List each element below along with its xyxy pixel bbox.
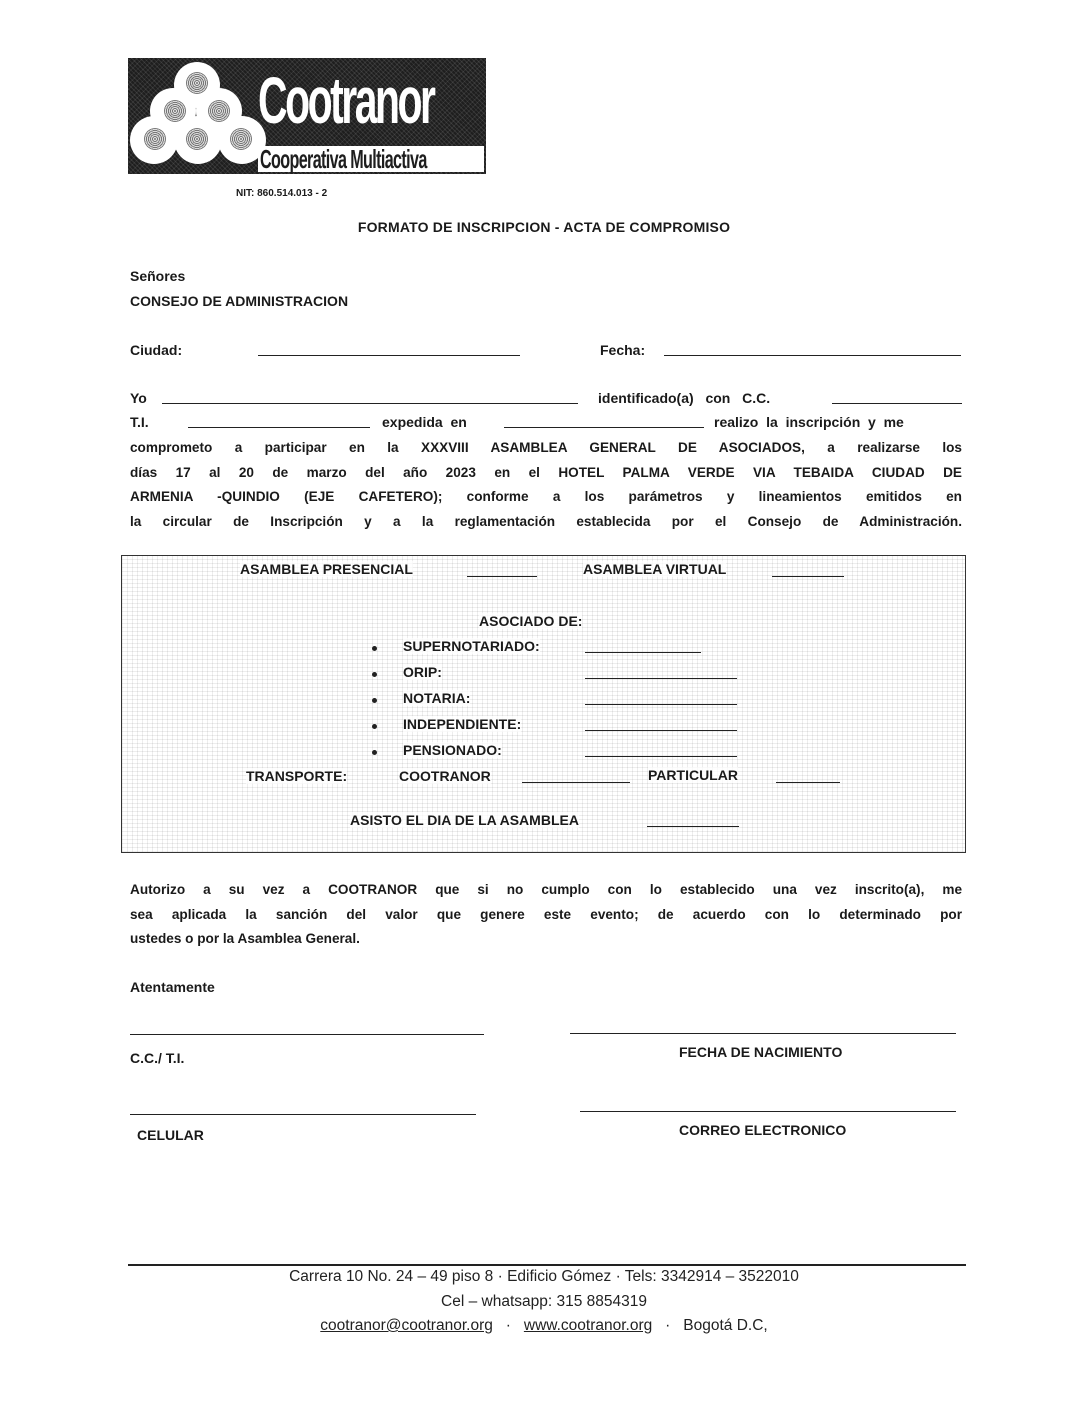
orip-field[interactable] xyxy=(585,678,737,679)
pensionado-field[interactable] xyxy=(585,756,737,757)
date-label: Fecha: xyxy=(600,342,645,358)
id-label: identificado(a) con C.C. xyxy=(598,390,770,406)
body-line: días 17 al 20 de marzo del año 2023 en e… xyxy=(130,461,962,486)
attend-field[interactable] xyxy=(647,826,739,827)
bullet-icon xyxy=(372,750,377,755)
separator: · xyxy=(497,1317,519,1334)
city-label: Ciudad: xyxy=(130,342,182,358)
footer-city: Bogotá D.C, xyxy=(683,1317,767,1334)
presencial-field[interactable] xyxy=(467,576,537,577)
email-label: CORREO ELECTRONICO xyxy=(679,1122,846,1138)
greeting: Señores xyxy=(130,268,185,284)
page-title: FORMATO DE INSCRIPCION - ACTA DE COMPROM… xyxy=(0,219,1088,235)
id-signature-label: C.C./ T.I. xyxy=(130,1050,184,1066)
virtual-label: ASAMBLEA VIRTUAL xyxy=(583,561,726,577)
attend-label: ASISTO EL DIA DE LA ASAMBLEA xyxy=(350,812,579,828)
asociado-option-label: INDEPENDIENTE: xyxy=(403,716,521,732)
asociado-option-label: SUPERNOTARIADO: xyxy=(403,638,540,654)
supernotariado-field[interactable] xyxy=(585,652,701,653)
issued-field[interactable] xyxy=(504,427,704,428)
authorization-line: Autorizo a su vez a COOTRANOR que si no … xyxy=(130,878,962,903)
recipient: CONSEJO DE ADMINISTRACION xyxy=(130,293,348,309)
transport-cootranor-field[interactable] xyxy=(522,782,630,783)
date-field[interactable] xyxy=(664,355,961,356)
transport-label: TRANSPORTE: xyxy=(246,768,347,784)
bullet-icon xyxy=(372,646,377,651)
options-box: ASAMBLEA PRESENCIAL ASAMBLEA VIRTUAL ASO… xyxy=(121,555,966,853)
footer-divider xyxy=(128,1264,966,1266)
authorization-paragraph: Autorizo a su vez a COOTRANOR que si no … xyxy=(130,878,962,952)
body-line: comprometo a participar en la XXXVIII AS… xyxy=(130,436,962,461)
transport-particular-label: PARTICULAR xyxy=(648,767,738,783)
bullet-icon xyxy=(372,672,377,677)
footer-contacts: cootranor@cootranor.org · www.cootranor.… xyxy=(0,1317,1088,1335)
phone-label: CELULAR xyxy=(137,1127,204,1143)
commitment-paragraph: comprometo a participar en la XXXVIII AS… xyxy=(130,436,962,534)
closing: Atentamente xyxy=(130,979,215,995)
footer-address: Carrera 10 No. 24 – 49 piso 8 · Edificio… xyxy=(0,1268,1088,1286)
birth-date-label: FECHA DE NACIMIENTO xyxy=(679,1044,842,1060)
brand-name: Cootranor xyxy=(258,60,433,140)
transport-particular-field[interactable] xyxy=(776,782,840,783)
birth-date-field[interactable] xyxy=(570,1033,956,1034)
asociado-option-label: ORIP: xyxy=(403,664,442,680)
body-line: la circular de Inscripción y a la reglam… xyxy=(130,510,962,535)
brand-tagline: Cooperativa Multiactiva xyxy=(260,145,427,173)
phone-field[interactable] xyxy=(130,1114,476,1115)
bullet-icon xyxy=(372,698,377,703)
email-field[interactable] xyxy=(580,1111,956,1112)
notaria-field[interactable] xyxy=(585,704,737,705)
issued-label: expedida en xyxy=(382,414,467,430)
bullet-icon xyxy=(372,724,377,729)
virtual-field[interactable] xyxy=(772,576,844,577)
footer-email-link[interactable]: cootranor@cootranor.org xyxy=(320,1317,493,1334)
transport-cootranor-label: COOTRANOR xyxy=(399,768,491,784)
ti-field[interactable] xyxy=(188,427,370,428)
brand-tagline-band: Cooperativa Multiactiva xyxy=(258,146,484,172)
authorization-line: ustedes o por la Asamblea General. xyxy=(130,927,962,952)
asociado-option-label: PENSIONADO: xyxy=(403,742,502,758)
asociado-heading: ASOCIADO DE: xyxy=(479,613,582,629)
separator: · xyxy=(657,1317,679,1334)
cc-field[interactable] xyxy=(832,403,962,404)
nit-number: NIT: 860.514.013 - 2 xyxy=(236,188,327,199)
id-signature-field[interactable] xyxy=(130,1034,484,1035)
line2-tail: realizo la inscripción y me xyxy=(714,414,904,430)
city-field[interactable] xyxy=(258,355,520,356)
footer-website-link[interactable]: www.cootranor.org xyxy=(524,1317,652,1334)
footer-whatsapp: Cel – whatsapp: 315 8854319 xyxy=(0,1293,1088,1311)
ti-label: T.I. xyxy=(130,414,149,430)
presencial-label: ASAMBLEA PRESENCIAL xyxy=(240,561,413,577)
independiente-field[interactable] xyxy=(585,730,737,731)
name-label: Yo xyxy=(130,390,147,406)
authorization-line: sea aplicada la sanción del valor que ge… xyxy=(130,903,962,928)
name-field[interactable] xyxy=(162,403,578,404)
cootranor-logo: Cootranor Cooperativa Multiactiva xyxy=(128,58,486,174)
body-line: ARMENIA -QUINDIO (EJE CAFETERO); conform… xyxy=(130,485,962,510)
asociado-option-label: NOTARIA: xyxy=(403,690,470,706)
